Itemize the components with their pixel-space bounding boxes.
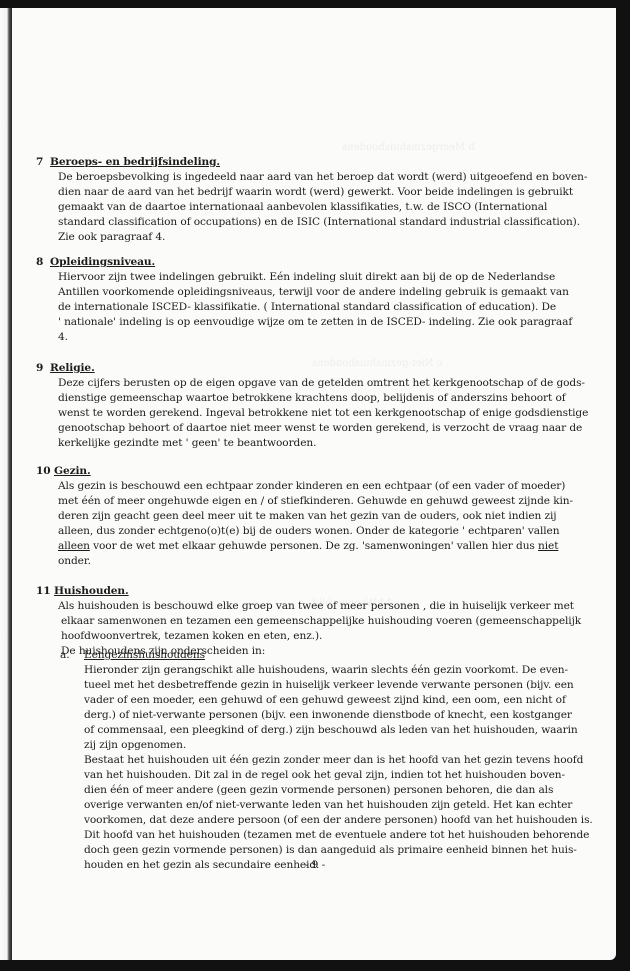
book-spine bbox=[0, 8, 12, 960]
text-line: wenst te worden gerekend. Ingeval betrok… bbox=[58, 406, 598, 421]
section-body: Deze cijfers berusten op de eigen opgave… bbox=[58, 376, 598, 451]
text-line: de internationale ISCED- klassifikatie. … bbox=[58, 300, 598, 315]
section-number: 10 bbox=[36, 464, 51, 479]
text-line: standard classification of occupations) … bbox=[58, 215, 598, 230]
text-line: Dit hoofd van het huishouden (tezamen me… bbox=[84, 828, 614, 843]
text-line: dien één of meer andere (geen gezin vorm… bbox=[84, 783, 614, 798]
text-line: gemaakt van de daartoe internationaal aa… bbox=[58, 200, 598, 215]
text-line: hoofdwoonvertrek, tezamen koken en eten,… bbox=[58, 629, 598, 644]
section-title: Huishouden. bbox=[54, 584, 129, 599]
show-through-text: c Niet-gezinshuishoudens bbox=[312, 358, 442, 369]
text-line: elkaar samenwonen en tezamen een gemeens… bbox=[58, 614, 598, 629]
text-line: 4. bbox=[58, 330, 598, 345]
section-title: Gezin. bbox=[54, 464, 91, 479]
text-line: dien naar de aard van het bedrijf waarin… bbox=[58, 185, 598, 200]
text-line: Zie ook paragraaf 4. bbox=[58, 230, 598, 245]
text-line: tueel met het desbetreffende gezin in hu… bbox=[84, 678, 614, 693]
text-line: genootschap behoort of daartoe niet meer… bbox=[58, 421, 598, 436]
text-line: derg.) of niet-verwante personen (bijv. … bbox=[84, 708, 614, 723]
page-number: - 9 - bbox=[0, 858, 630, 873]
text-line: onder. bbox=[58, 554, 598, 569]
text-line: ' nationale' indeling is op eenvoudige w… bbox=[58, 315, 598, 330]
section-number: 7 bbox=[36, 155, 43, 170]
text-line: doch geen gezin vormende personen) is da… bbox=[84, 843, 614, 858]
underlined-word: alleen bbox=[58, 540, 90, 552]
section-title: Opleidingsniveau. bbox=[50, 255, 155, 270]
text-line: Antillen voorkomende opleidingsniveaus, … bbox=[58, 285, 598, 300]
underlined-word: niet bbox=[538, 540, 558, 552]
text-line: vader of een moeder, een gehuwd of een g… bbox=[84, 693, 614, 708]
section-title: Religie. bbox=[50, 361, 95, 376]
text-line: alleen, dus zonder echtgeno(o)t(e) bij d… bbox=[58, 524, 598, 539]
subsection-label: a. bbox=[60, 649, 69, 661]
section-body: Als gezin is beschouwd een echtpaar zond… bbox=[58, 479, 598, 569]
text-line: met één of meer ongehuwde eigen en / of … bbox=[58, 494, 598, 509]
text-line: kerkelijke gezindte met ' geen' te beant… bbox=[58, 436, 598, 451]
section-title: Beroeps- en bedrijfsindeling. bbox=[50, 155, 220, 170]
show-through-text: b Meergezinshuishoudens bbox=[342, 142, 475, 153]
text-line: alleen voor de wet met elkaar gehuwde pe… bbox=[58, 539, 598, 554]
text-line: deren zijn geacht geen deel meer uit te … bbox=[58, 509, 598, 524]
subsection-title: Eengezinshuishoudens bbox=[84, 648, 205, 663]
section-body: Hiervoor zijn twee indelingen gebruikt. … bbox=[58, 270, 598, 345]
section-number: 8 bbox=[36, 255, 43, 270]
text-line: Als gezin is beschouwd een echtpaar zond… bbox=[58, 479, 598, 494]
section-number: 9 bbox=[36, 361, 43, 376]
text-line: dienstige gemeenschap waartoe betrokkene… bbox=[58, 391, 598, 406]
text-line: Hiervoor zijn twee indelingen gebruikt. … bbox=[58, 270, 598, 285]
text-line: zij zijn opgenomen. bbox=[84, 738, 614, 753]
text-line: van het huishouden. Dit zal in de regel … bbox=[84, 768, 614, 783]
text-line: Als huishouden is beschouwd elke groep v… bbox=[58, 599, 598, 614]
text-line: Hieronder zijn gerangschikt alle huishou… bbox=[84, 663, 614, 678]
text-span: voor de wet met elkaar gehuwde personen.… bbox=[90, 540, 538, 552]
text-line: Bestaat het huishouden uit één gezin zon… bbox=[84, 753, 614, 768]
subsection-a-body: Hieronder zijn gerangschikt alle huishou… bbox=[84, 663, 614, 873]
text-line: De beroepsbevolking is ingedeeld naar aa… bbox=[58, 170, 598, 185]
text-line: overige verwanten en/of niet-verwante le… bbox=[84, 798, 614, 813]
text-line: voorkomen, dat deze andere persoon (of e… bbox=[84, 813, 614, 828]
subsection-a-heading: a. Eengezinshuishoudens bbox=[60, 648, 590, 663]
section-body: De beroepsbevolking is ingedeeld naar aa… bbox=[58, 170, 598, 245]
text-line: Deze cijfers berusten op de eigen opgave… bbox=[58, 376, 598, 391]
text-line: of commensaal, een pleegkind of derg.) z… bbox=[84, 723, 614, 738]
section-number: 11 bbox=[36, 584, 51, 599]
